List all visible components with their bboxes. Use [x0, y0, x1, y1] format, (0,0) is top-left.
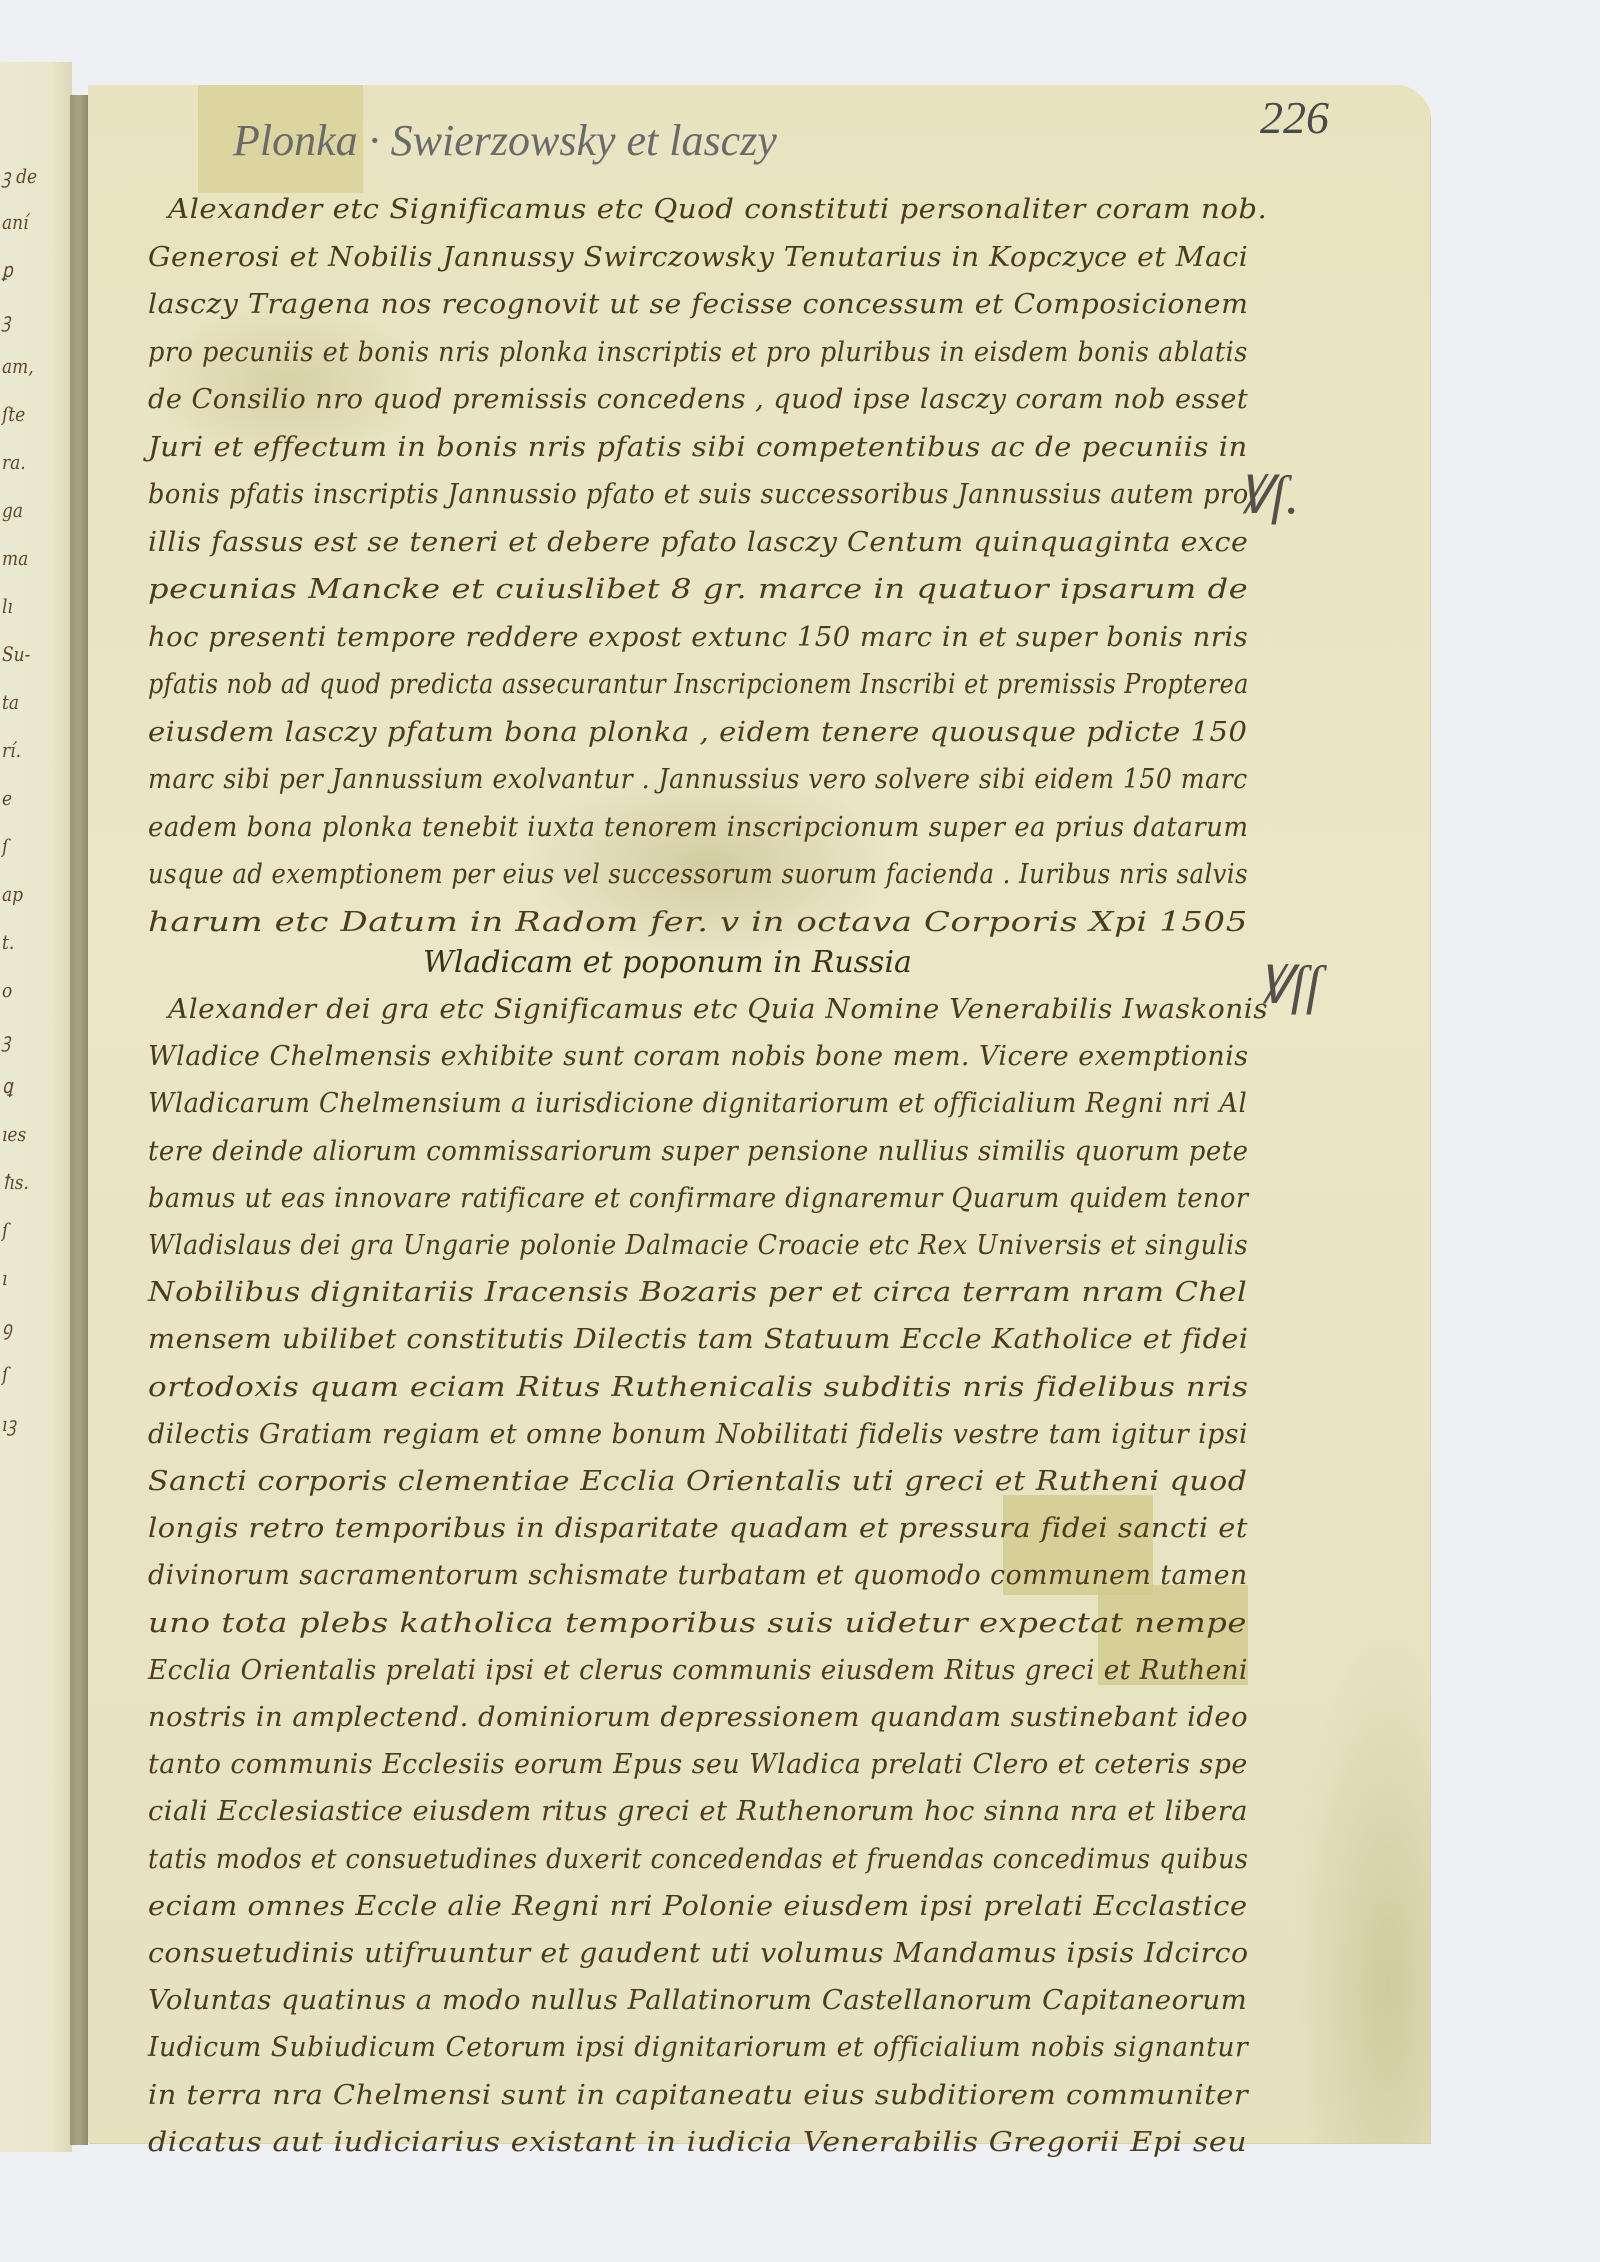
- facing-page-text-fragment: ma: [2, 546, 28, 570]
- manuscript-line: Nobilibus dignitariis Iracensis Bozaris …: [148, 1278, 1247, 1308]
- manuscript-line: usque ad exemptionem per eius vel succes…: [148, 860, 1248, 890]
- facing-page-text-fragment: ꝗ: [2, 1074, 13, 1098]
- manuscript-line: Iudicum Subiudicum Cetorum ipsi dignitar…: [148, 2033, 1248, 2063]
- manuscript-line: de Consilio nro quod premissis concedens…: [148, 385, 1248, 415]
- facing-page-text-fragment: ꝯ: [2, 1314, 12, 1341]
- manuscript-line: Wladislaus dei gra Ungarie polonie Dalma…: [148, 1231, 1248, 1261]
- manuscript-line: ortodoxis quam eciam Ritus Ruthenicalis …: [148, 1373, 1249, 1403]
- facing-page-text-fragment: lı: [2, 594, 13, 618]
- manuscript-line: Sancti corporis clementiae Ecclia Orient…: [148, 1467, 1248, 1497]
- facing-page-text-fragment: ꝫ: [2, 1026, 11, 1053]
- facing-page-text-fragment: anı́: [2, 210, 29, 234]
- manuscript-line: tatis modos et consuetudines duxerit con…: [148, 1845, 1248, 1875]
- facing-page-text-fragment: ſ: [2, 834, 8, 858]
- facing-page-text-fragment: ıes: [2, 1122, 26, 1146]
- manuscript-line: Wladice Chelmensis exhibite sunt coram n…: [148, 1042, 1249, 1072]
- manuscript-line: eiusdem lasczy pfatum bona plonka , eide…: [148, 718, 1247, 748]
- manuscript-line: uno tota plebs katholica temporibus suis…: [148, 1609, 1247, 1639]
- manuscript-line: dicatus aut iudiciarius existant in iudi…: [148, 2128, 1247, 2158]
- facing-page-text-fragment: ga: [2, 498, 23, 522]
- manuscript-line: bonis pfatis inscriptis Jannussio pfato …: [148, 480, 1249, 510]
- manuscript-line: pecunias Mancke et cuiuslibet 8 gr. marc…: [148, 575, 1248, 605]
- manuscript-line: illis fassus est se teneri et debere pfa…: [148, 528, 1248, 558]
- facing-page-text-fragment: ta: [2, 690, 19, 714]
- facing-page-text-fragment: ꝫ: [2, 306, 11, 333]
- manuscript-line: Ecclia Orientalis prelati ipsi et clerus…: [148, 1656, 1248, 1686]
- manuscript-page: 226 Plonka · Swierzowsky et lasczy Ꝟſ. A…: [88, 85, 1430, 2143]
- manuscript-line: dilectis Gratiam regiam et omne bonum No…: [148, 1420, 1248, 1450]
- book-gutter: [70, 95, 88, 2145]
- manuscript-line: Alexander etc Significamus etc Quod cons…: [168, 195, 1267, 225]
- facing-page-text-fragment: Su-: [2, 642, 30, 666]
- folio-number: 226: [1260, 91, 1329, 144]
- facing-page-text-fragment: ꝑ: [2, 258, 13, 282]
- manuscript-line: nostris in amplectend. dominiorum depres…: [148, 1703, 1248, 1733]
- manuscript-line: lasczy Tragena nos recognovit ut se feci…: [148, 290, 1248, 320]
- manuscript-line: bamus ut eas innovare ratificare et conf…: [148, 1184, 1249, 1214]
- facing-page-edge: ꝫ deanı́ꝑꝫam,ſtera.gamalıSu-tarı́.eſapt.…: [0, 62, 72, 2152]
- manuscript-line: harum etc Datum in Radom fer. v in octav…: [148, 908, 1248, 938]
- manuscript-line: Alexander dei gra etc Significamus etc Q…: [168, 995, 1268, 1025]
- facing-page-text-fragment: ſte: [2, 402, 25, 426]
- manuscript-line: longis retro temporibus in disparitate q…: [148, 1514, 1248, 1544]
- manuscript-line: hoc presenti tempore reddere expost extu…: [148, 623, 1248, 653]
- facing-page-text-fragment: am,: [2, 354, 34, 378]
- facing-page-text-fragment: e: [2, 786, 12, 810]
- manuscript-line: Voluntas quatinus a modo nullus Pallatin…: [148, 1986, 1247, 2016]
- manuscript-line: Generosi et Nobilis Jannussy Swirczowsky…: [148, 243, 1248, 273]
- manuscript-line: Juri et effectum in bonis nris pfatis si…: [148, 433, 1248, 463]
- manuscript-line: eadem bona plonka tenebit iuxta tenorem …: [148, 813, 1248, 843]
- facing-page-text-fragment: ſ: [2, 1362, 8, 1386]
- entry-1-heading: Plonka · Swierzowsky et lasczy: [233, 115, 777, 166]
- facing-page-text-fragment: ı: [2, 1266, 7, 1290]
- facing-page-text-fragment: o: [2, 978, 12, 1002]
- manuscript-line: in terra nra Chelmensi sunt in capitanea…: [148, 2081, 1248, 2111]
- manuscript-line: pro pecuniis et bonis nris plonka inscri…: [148, 338, 1248, 368]
- manuscript-line: ciali Ecclesiastice eiusdem ritus greci …: [148, 1797, 1248, 1827]
- manuscript-line: consuetudinis utifruuntur et gaudent uti…: [148, 1939, 1249, 1969]
- facing-page-text-fragment: ra.: [2, 450, 26, 474]
- entry-2-heading: Wladicam et poponum in Russia: [423, 945, 912, 980]
- manuscript-line: mensem ubilibet constitutis Dilectis tam…: [148, 1325, 1249, 1355]
- manuscript-line: pfatis nob ad quod predicta assecurantur…: [148, 670, 1249, 700]
- manuscript-line: tanto communis Ecclesiis eorum Epus seu …: [148, 1750, 1248, 1780]
- manuscript-line: divinorum sacramentorum schismate turbat…: [148, 1561, 1248, 1591]
- manuscript-line: Wladicarum Chelmensium a iurisdicione di…: [148, 1089, 1247, 1119]
- manuscript-line: tere deinde aliorum commissariorum super…: [148, 1137, 1248, 1167]
- facing-page-text-fragment: t.: [2, 930, 14, 954]
- manuscript-line: marc sibi per Jannussium exolvantur . Ja…: [148, 765, 1248, 795]
- manuscript-line: eciam omnes Eccle alie Regni nri Polonie…: [148, 1892, 1248, 1922]
- facing-page-text-fragment: rı́.: [2, 738, 21, 762]
- facing-page-text-fragment: ap: [2, 882, 23, 906]
- facing-page-text-fragment: ꝉıs.: [2, 1170, 29, 1194]
- facing-page-text-fragment: ſ: [2, 1218, 8, 1242]
- facing-page-text-fragment: ıꝫ: [2, 1410, 16, 1437]
- facing-page-text-fragment: ꝫ de: [2, 162, 37, 189]
